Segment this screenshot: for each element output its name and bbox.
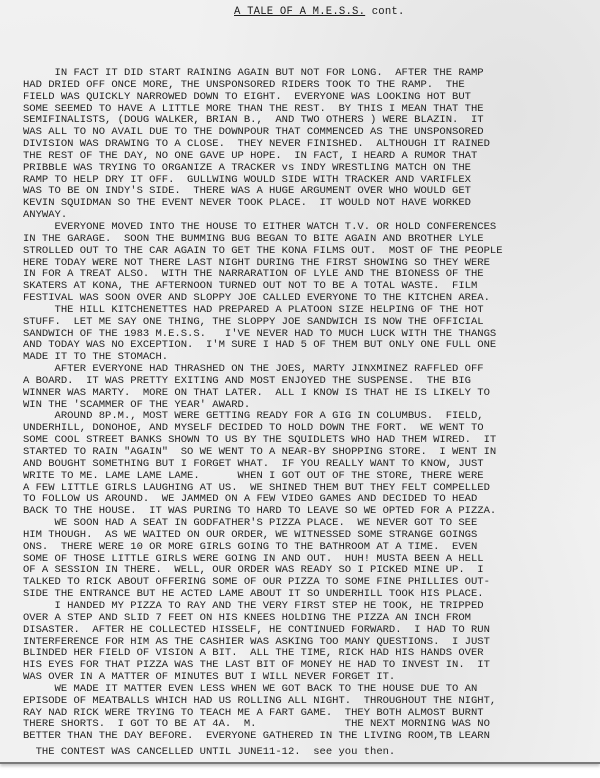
typewritten-body: IN FACT IT DID START RAINING AGAIN BUT N…: [23, 68, 598, 759]
closing-line: THE CONTEST WAS CANCELLED UNTIL JUNE11-1…: [23, 747, 598, 759]
text-line: STUFF. LET ME SAY ONE THING, THE SLOPPY …: [23, 317, 598, 329]
text-line: HAD DRIED OFF ONCE MORE, THE UNSPONSORED…: [23, 80, 598, 92]
text-line: FIELD WAS QUICKLY NARROWED DOWN TO EIGHT…: [23, 92, 598, 104]
text-line: THE REST OF THE DAY, NO ONE GAVE UP HOPE…: [23, 151, 598, 163]
text-line: WE MADE IT MATTER EVEN LESS WHEN WE GOT …: [23, 684, 598, 696]
text-line: A BOARD. IT WAS PRETTY EXITING AND MOST …: [23, 376, 598, 388]
page-title: A TALE OF A M.E.S.S. cont.: [234, 6, 405, 18]
document-page: A TALE OF A M.E.S.S. cont. IN FACT IT DI…: [0, 0, 600, 764]
text-line: WINNER WAS MARTY. MORE ON THAT LATER. AL…: [23, 388, 598, 400]
text-line: DISASTER. AFTER HE COLLECTED HISSELF, HE…: [23, 625, 598, 637]
text-line: BETTER THAN THE DAY BEFORE. EVERYONE GAT…: [23, 731, 598, 743]
text-line: PRIBBLE WAS TRYING TO ORGANIZE A TRACKER…: [23, 163, 598, 175]
text-line: OVER A STEP AND SLID 7 FEET ON HIS KNEES…: [23, 613, 598, 625]
title-suffix: cont.: [365, 6, 404, 18]
text-line: HIM THOUGH. AS WE WAITED ON OUR ORDER, W…: [23, 530, 598, 542]
text-line: KEVIN SQUIDMAN SO THE EVENT NEVER TOOK P…: [23, 198, 598, 210]
text-line: AND BOUGHT SOMETHING BUT I FORGET WHAT. …: [23, 459, 598, 471]
text-line: ONS. THERE WERE 10 OR MORE GIRLS GOING T…: [23, 542, 598, 554]
text-line: IN THE GARAGE. SOON THE BUMMING BUG BEGA…: [23, 234, 598, 246]
title-main: A TALE OF A M.E.S.S.: [234, 6, 365, 18]
text-line: EPISODE OF MEATBALLS WHICH HAD US ROLLIN…: [23, 696, 598, 708]
text-line: STROLLED OUT TO THE CAR AGAIN TO GET THE…: [23, 246, 598, 258]
text-line: THE HILL KITCHENETTES HAD PREPARED A PLA…: [23, 305, 598, 317]
text-line: WRITE TO ME. LAME LAME LAME. WHEN I GOT …: [23, 471, 598, 483]
